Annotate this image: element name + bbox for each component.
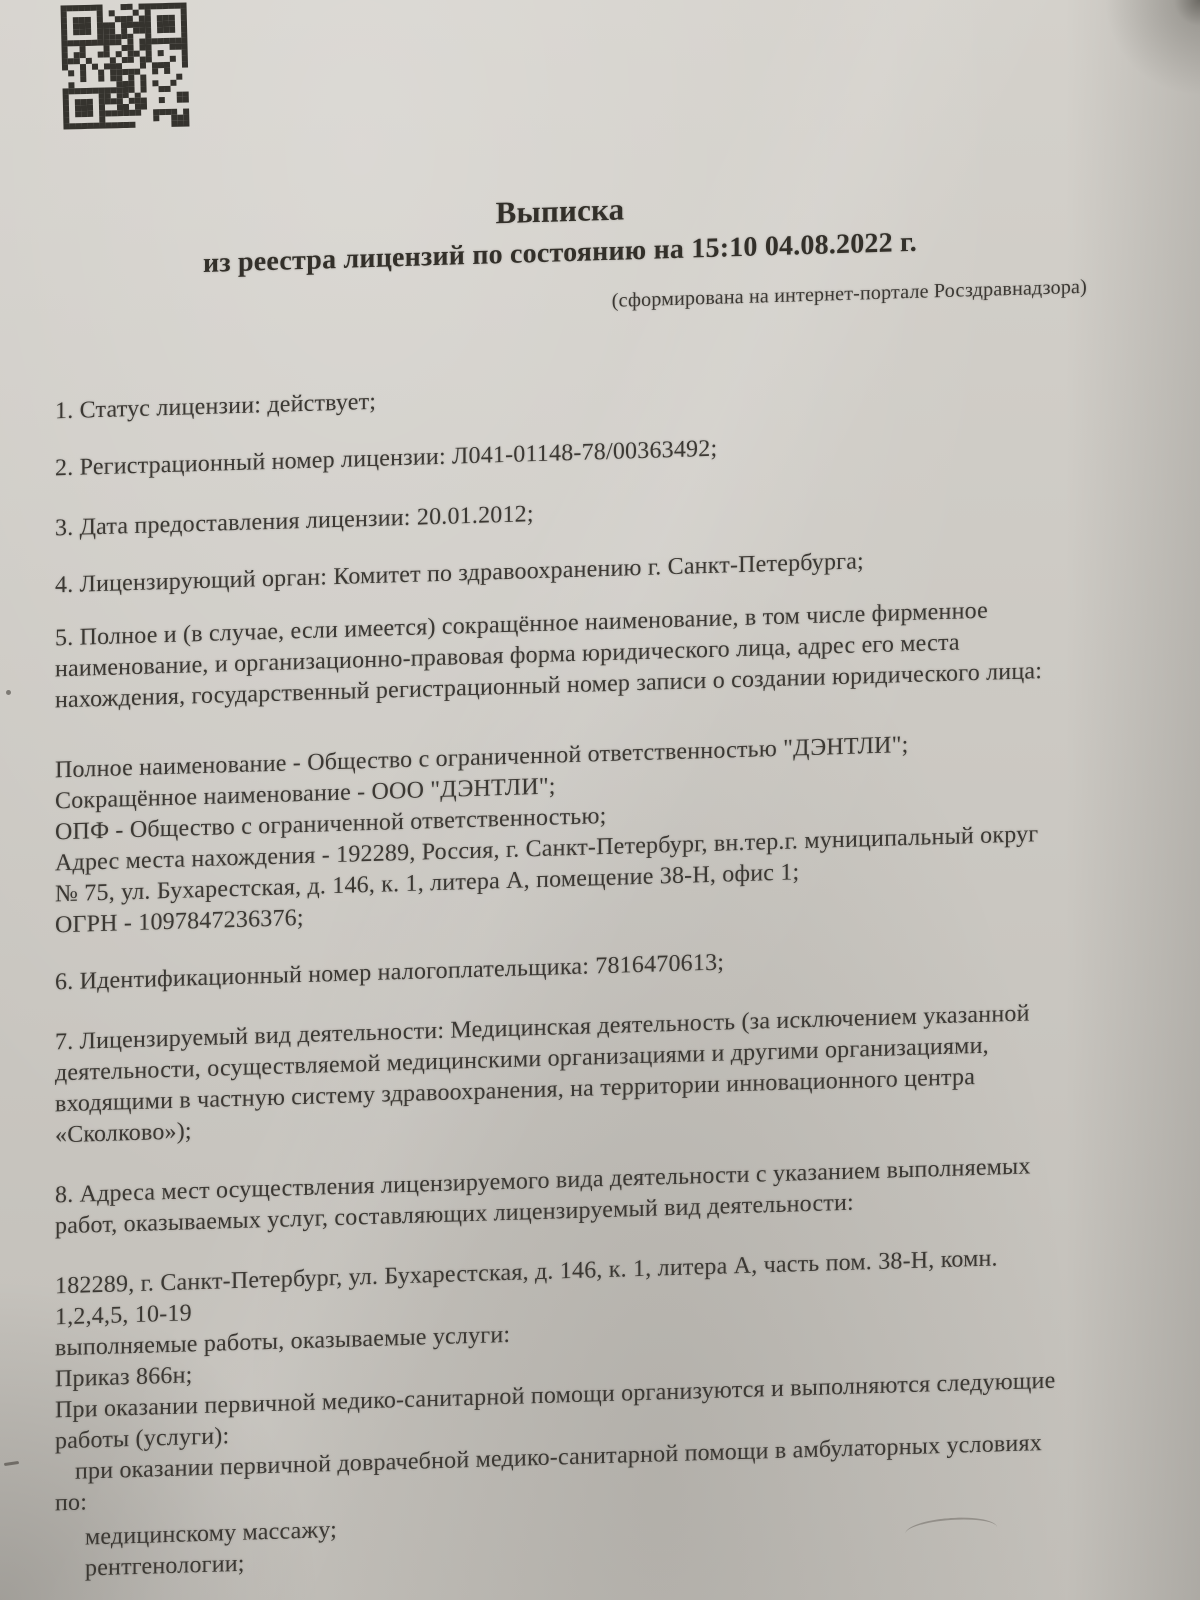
inn-line: 6. Идентификационный номер налогоплатель… <box>55 938 1060 999</box>
license-status-line: 1. Статус лицензии: действует; <box>55 367 1060 428</box>
registration-number-line: 2. Регистрационный номер лицензии: Л041-… <box>55 424 1060 485</box>
org-info-heading: 5. Полное и (в случае, если имеется) сок… <box>55 594 1060 717</box>
licensing-authority-line: 4. Лицензирующий орган: Комитет по здрав… <box>55 541 1060 602</box>
licensed-activity-line: 7. Лицензируемый вид деятельности: Медиц… <box>55 998 1060 1152</box>
work-addresses-heading: 8. Адреса мест осуществления лицензируем… <box>55 1151 1060 1243</box>
grant-date-line: 3. Дата предоставления лицензии: 20.01.2… <box>55 484 1060 545</box>
document-body: Выписка из реестра лицензий по состоянию… <box>0 0 1200 1587</box>
license-extract-document: Выписка из реестра лицензий по состоянию… <box>0 0 1200 1600</box>
